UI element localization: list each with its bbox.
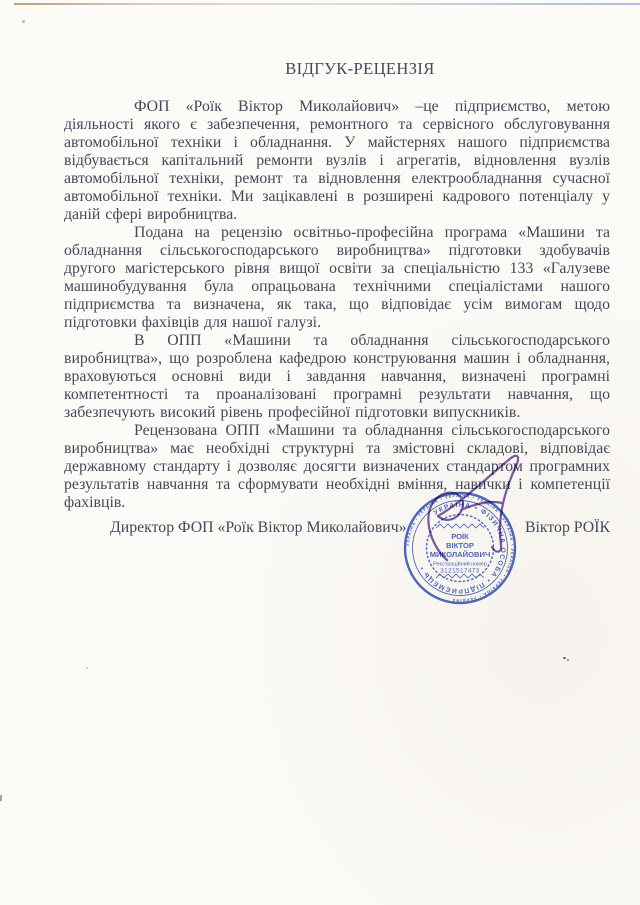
signature-cross-stroke bbox=[461, 502, 502, 510]
scan-speck bbox=[567, 659, 569, 661]
scanned-document-page: ВІДГУК-РЕЦЕНЗІЯ ФОП «Роїк Віктор Миколай… bbox=[0, 0, 640, 905]
scan-speck bbox=[86, 667, 88, 669]
signatory-title: Директор ФОП «Роїк Віктор Миколайович» bbox=[110, 519, 407, 537]
handwritten-signature bbox=[395, 448, 545, 578]
scan-speck bbox=[22, 20, 25, 23]
paragraph-company-intro: ФОП «Роїк Віктор Миколайович» –це підпри… bbox=[64, 98, 610, 224]
scan-speck bbox=[0, 795, 2, 801]
scan-speck bbox=[563, 657, 566, 659]
paragraph-program-review: Подана на рецензію освітньо-професійна п… bbox=[64, 224, 610, 332]
document-title: ВІДГУК-РЕЦЕНЗІЯ bbox=[64, 60, 610, 78]
scan-artifact-edge-line bbox=[14, 3, 640, 5]
paragraph-opp-contents: В ОПП «Машини та обладнання сільськогосп… bbox=[64, 332, 610, 422]
